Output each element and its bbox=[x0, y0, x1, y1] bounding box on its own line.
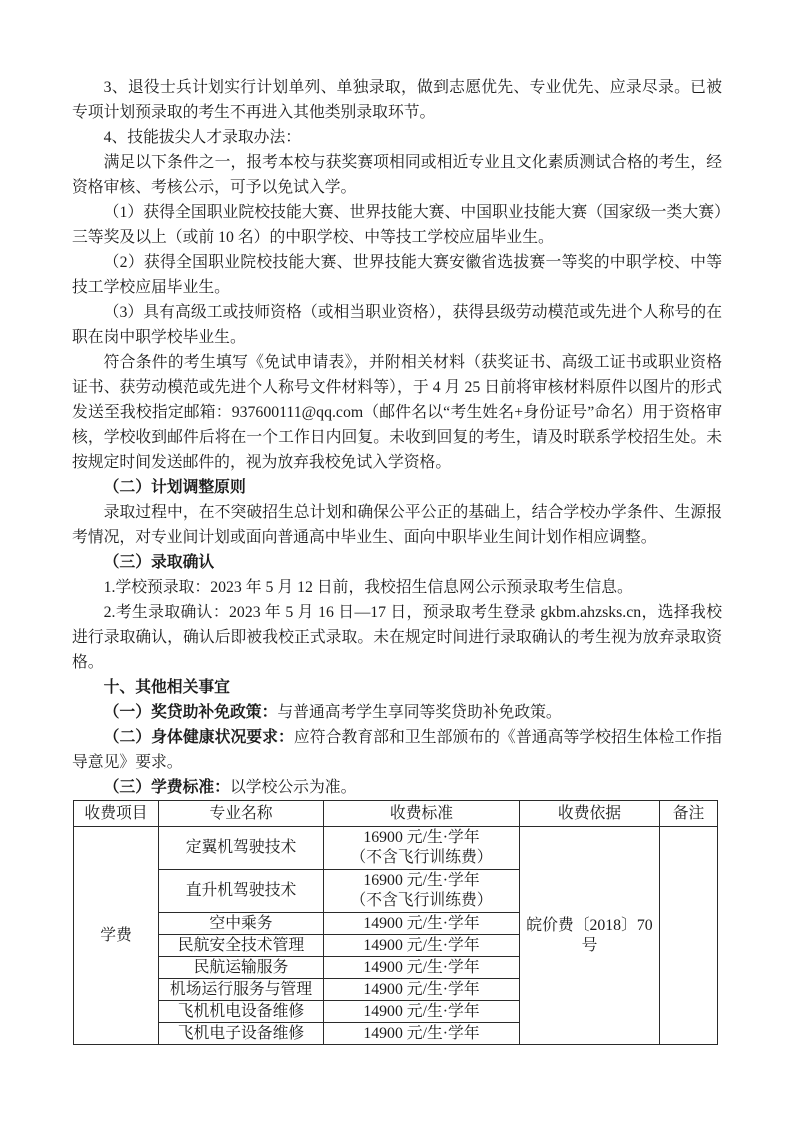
cell-major: 空中乘务 bbox=[159, 913, 324, 935]
fee-table-col-header: 收费标准 bbox=[324, 801, 520, 827]
paragraph: 3、退役士兵计划实行计划单列、单独录取，做到志愿优先、专业优先、应录尽录。已被专… bbox=[72, 75, 722, 125]
section-heading: 十、其他相关事宜 bbox=[72, 675, 722, 700]
fee-table-col-header: 专业名称 bbox=[159, 801, 324, 827]
paragraph: （3）具有高级工或技师资格（或相当职业资格），获得县级劳动模范或先进个人称号的在… bbox=[72, 300, 722, 350]
cell-major: 定翼机驾驶技术 bbox=[159, 827, 324, 870]
cell-standard: 16900 元/生·学年 （不含飞行训练费） bbox=[324, 827, 520, 870]
paragraph: 2.考生录取确认：2023 年 5 月 16 日—17 日，预录取考生登录 gk… bbox=[72, 600, 722, 675]
paragraph: （二）身体健康状况要求：应符合教育部和卫生部颁布的《普通高等学校招生体检工作指导… bbox=[72, 725, 722, 775]
section-heading: （三）录取确认 bbox=[72, 550, 722, 575]
document-body: 3、退役士兵计划实行计划单列、单独录取，做到志愿优先、专业优先、应录尽录。已被专… bbox=[72, 75, 722, 800]
paragraph: 1.学校预录取：2023 年 5 月 12 日前，我校招生信息网公示预录取考生信… bbox=[72, 575, 722, 600]
fee-table-col-header: 备注 bbox=[660, 801, 718, 827]
paragraph-label: （一）奖贷助补免政策： bbox=[104, 704, 278, 721]
paragraph: （三）学费标准：以学校公示为准。 bbox=[72, 775, 722, 800]
paragraph: 录取过程中，在不突破招生总计划和确保公平公正的基础上，结合学校办学条件、生源报考… bbox=[72, 500, 722, 550]
fee-table-col-header: 收费依据 bbox=[520, 801, 660, 827]
cell-major: 民航安全技术管理 bbox=[159, 935, 324, 957]
paragraph-label: （二）身体健康状况要求： bbox=[104, 729, 294, 746]
paragraph: （一）奖贷助补免政策：与普通高考学生享同等奖贷助补免政策。 bbox=[72, 700, 722, 725]
table-row: 学费定翼机驾驶技术16900 元/生·学年 （不含飞行训练费）皖价费〔2018〕… bbox=[74, 827, 718, 870]
paragraph: 符合条件的考生填写《免试申请表》，并附相关材料（获奖证书、高级工证书或职业资格证… bbox=[72, 350, 722, 475]
cell-standard: 14900 元/生·学年 bbox=[324, 935, 520, 957]
cell-major: 飞机电子设备维修 bbox=[159, 1023, 324, 1045]
cell-major: 飞机机电设备维修 bbox=[159, 1001, 324, 1023]
fee-table: 收费项目专业名称收费标准收费依据备注 学费定翼机驾驶技术16900 元/生·学年… bbox=[73, 800, 718, 1045]
document-page: 3、退役士兵计划实行计划单列、单独录取，做到志愿优先、专业优先、应录尽录。已被专… bbox=[0, 0, 793, 1122]
cell-remark bbox=[660, 827, 718, 1045]
fee-table-header-row: 收费项目专业名称收费标准收费依据备注 bbox=[74, 801, 718, 827]
cell-major: 直升机驾驶技术 bbox=[159, 870, 324, 913]
paragraph-text: 与普通高考学生享同等奖贷助补免政策。 bbox=[277, 704, 561, 721]
cell-major: 机场运行服务与管理 bbox=[159, 979, 324, 1001]
paragraph: （2）获得全国职业院校技能大赛、世界技能大赛安徽省选拔赛一等奖的中职学校、中等技… bbox=[72, 250, 722, 300]
paragraph: 满足以下条件之一，报考本校与获奖赛项相同或相近专业且文化素质测试合格的考生，经资… bbox=[72, 150, 722, 200]
fee-table-col-header: 收费项目 bbox=[74, 801, 159, 827]
cell-basis: 皖价费〔2018〕70号 bbox=[520, 827, 660, 1045]
paragraph-label: （三）学费标准： bbox=[104, 779, 230, 796]
cell-standard: 14900 元/生·学年 bbox=[324, 979, 520, 1001]
cell-standard: 14900 元/生·学年 bbox=[324, 913, 520, 935]
section-heading: （二）计划调整原则 bbox=[72, 475, 722, 500]
cell-project: 学费 bbox=[74, 827, 159, 1045]
cell-standard: 14900 元/生·学年 bbox=[324, 957, 520, 979]
fee-table-body: 学费定翼机驾驶技术16900 元/生·学年 （不含飞行训练费）皖价费〔2018〕… bbox=[74, 827, 718, 1045]
paragraph: 4、技能拔尖人才录取办法： bbox=[72, 125, 722, 150]
cell-standard: 14900 元/生·学年 bbox=[324, 1023, 520, 1045]
paragraph: （1）获得全国职业院校技能大赛、世界技能大赛、中国职业技能大赛（国家级一类大赛）… bbox=[72, 200, 722, 250]
cell-standard: 16900 元/生·学年 （不含飞行训练费） bbox=[324, 870, 520, 913]
cell-major: 民航运输服务 bbox=[159, 957, 324, 979]
paragraph-text: 以学校公示为准。 bbox=[230, 779, 356, 796]
cell-standard: 14900 元/生·学年 bbox=[324, 1001, 520, 1023]
